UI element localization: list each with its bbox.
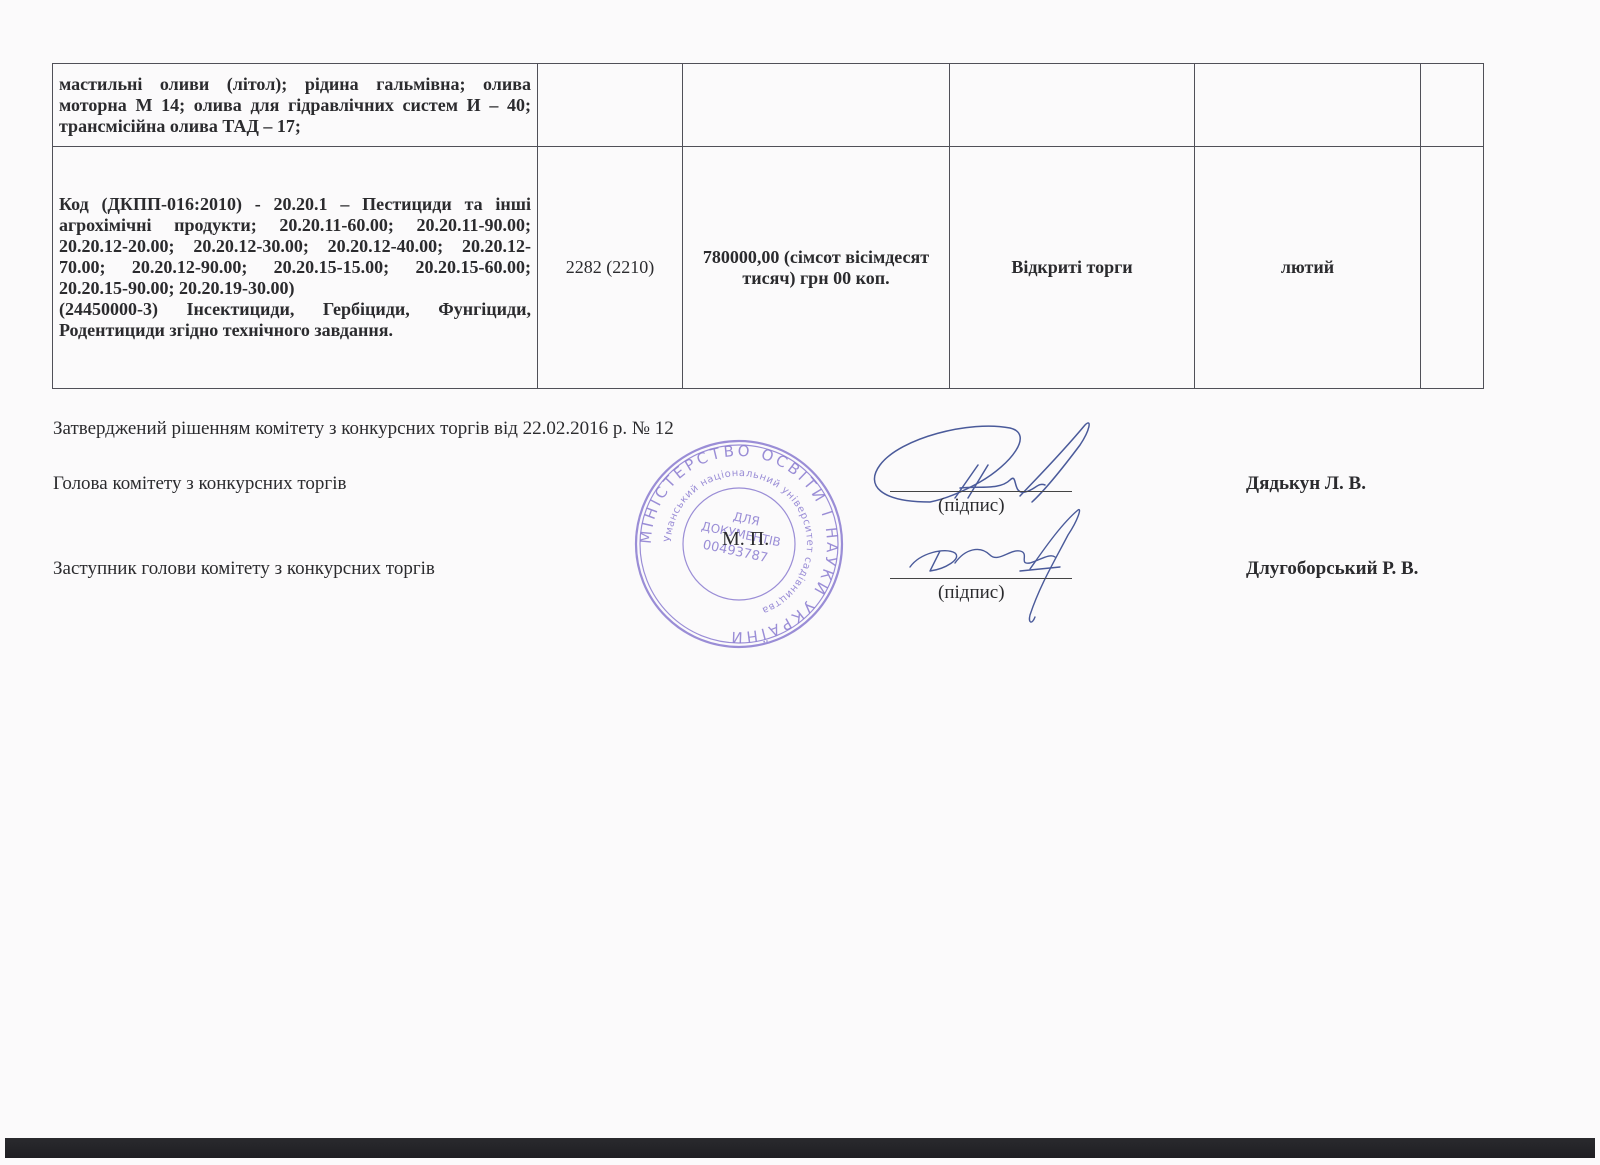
notes bbox=[1421, 64, 1484, 147]
start-date: лютий bbox=[1195, 147, 1421, 389]
table-row: мастильні оливи (літол); рідина гальмівн… bbox=[53, 64, 1484, 147]
deputy-signature-caption: (підпис) bbox=[938, 582, 1005, 604]
procedure-type: Відкриті торги bbox=[950, 147, 1195, 389]
deputy-signature bbox=[900, 505, 1100, 630]
table-row: Код (ДКПП-016:2010) - 20.20.1 – Пестицид… bbox=[53, 147, 1484, 389]
kekv-code bbox=[538, 64, 683, 147]
deputy-title: Заступник голови комітету з конкурсних т… bbox=[53, 558, 435, 580]
notes bbox=[1421, 147, 1484, 389]
expected-value: 780000,00 (сімсот вісімдесят тисяч) грн … bbox=[683, 147, 950, 389]
chair-name: Дядькун Л. В. bbox=[1246, 473, 1366, 495]
deputy-signature-line bbox=[890, 578, 1072, 579]
deputy-name: Длугоборський Р. В. bbox=[1246, 558, 1418, 580]
scan-edge-bar bbox=[5, 1138, 1595, 1158]
approval-note: Затверджений рішенням комітету з конкурс… bbox=[53, 418, 674, 440]
item-description-codes: Код (ДКПП-016:2010) - 20.20.1 – Пестицид… bbox=[59, 194, 531, 299]
seal-place-label: М. П. bbox=[722, 528, 769, 551]
start-date bbox=[1195, 64, 1421, 147]
chair-signature-line bbox=[890, 491, 1072, 492]
item-description-cpv: (24450000-3) Інсектициди, Гербіциди, Фун… bbox=[59, 299, 531, 341]
procedure-type bbox=[950, 64, 1195, 147]
procurement-table: мастильні оливи (літол); рідина гальмівн… bbox=[52, 63, 1484, 389]
item-description: мастильні оливи (літол); рідина гальмівн… bbox=[53, 64, 538, 147]
expected-value bbox=[683, 64, 950, 147]
item-description: Код (ДКПП-016:2010) - 20.20.1 – Пестицид… bbox=[53, 147, 538, 389]
chair-title: Голова комітету з конкурсних торгів bbox=[53, 473, 346, 495]
kekv-code: 2282 (2210) bbox=[538, 147, 683, 389]
